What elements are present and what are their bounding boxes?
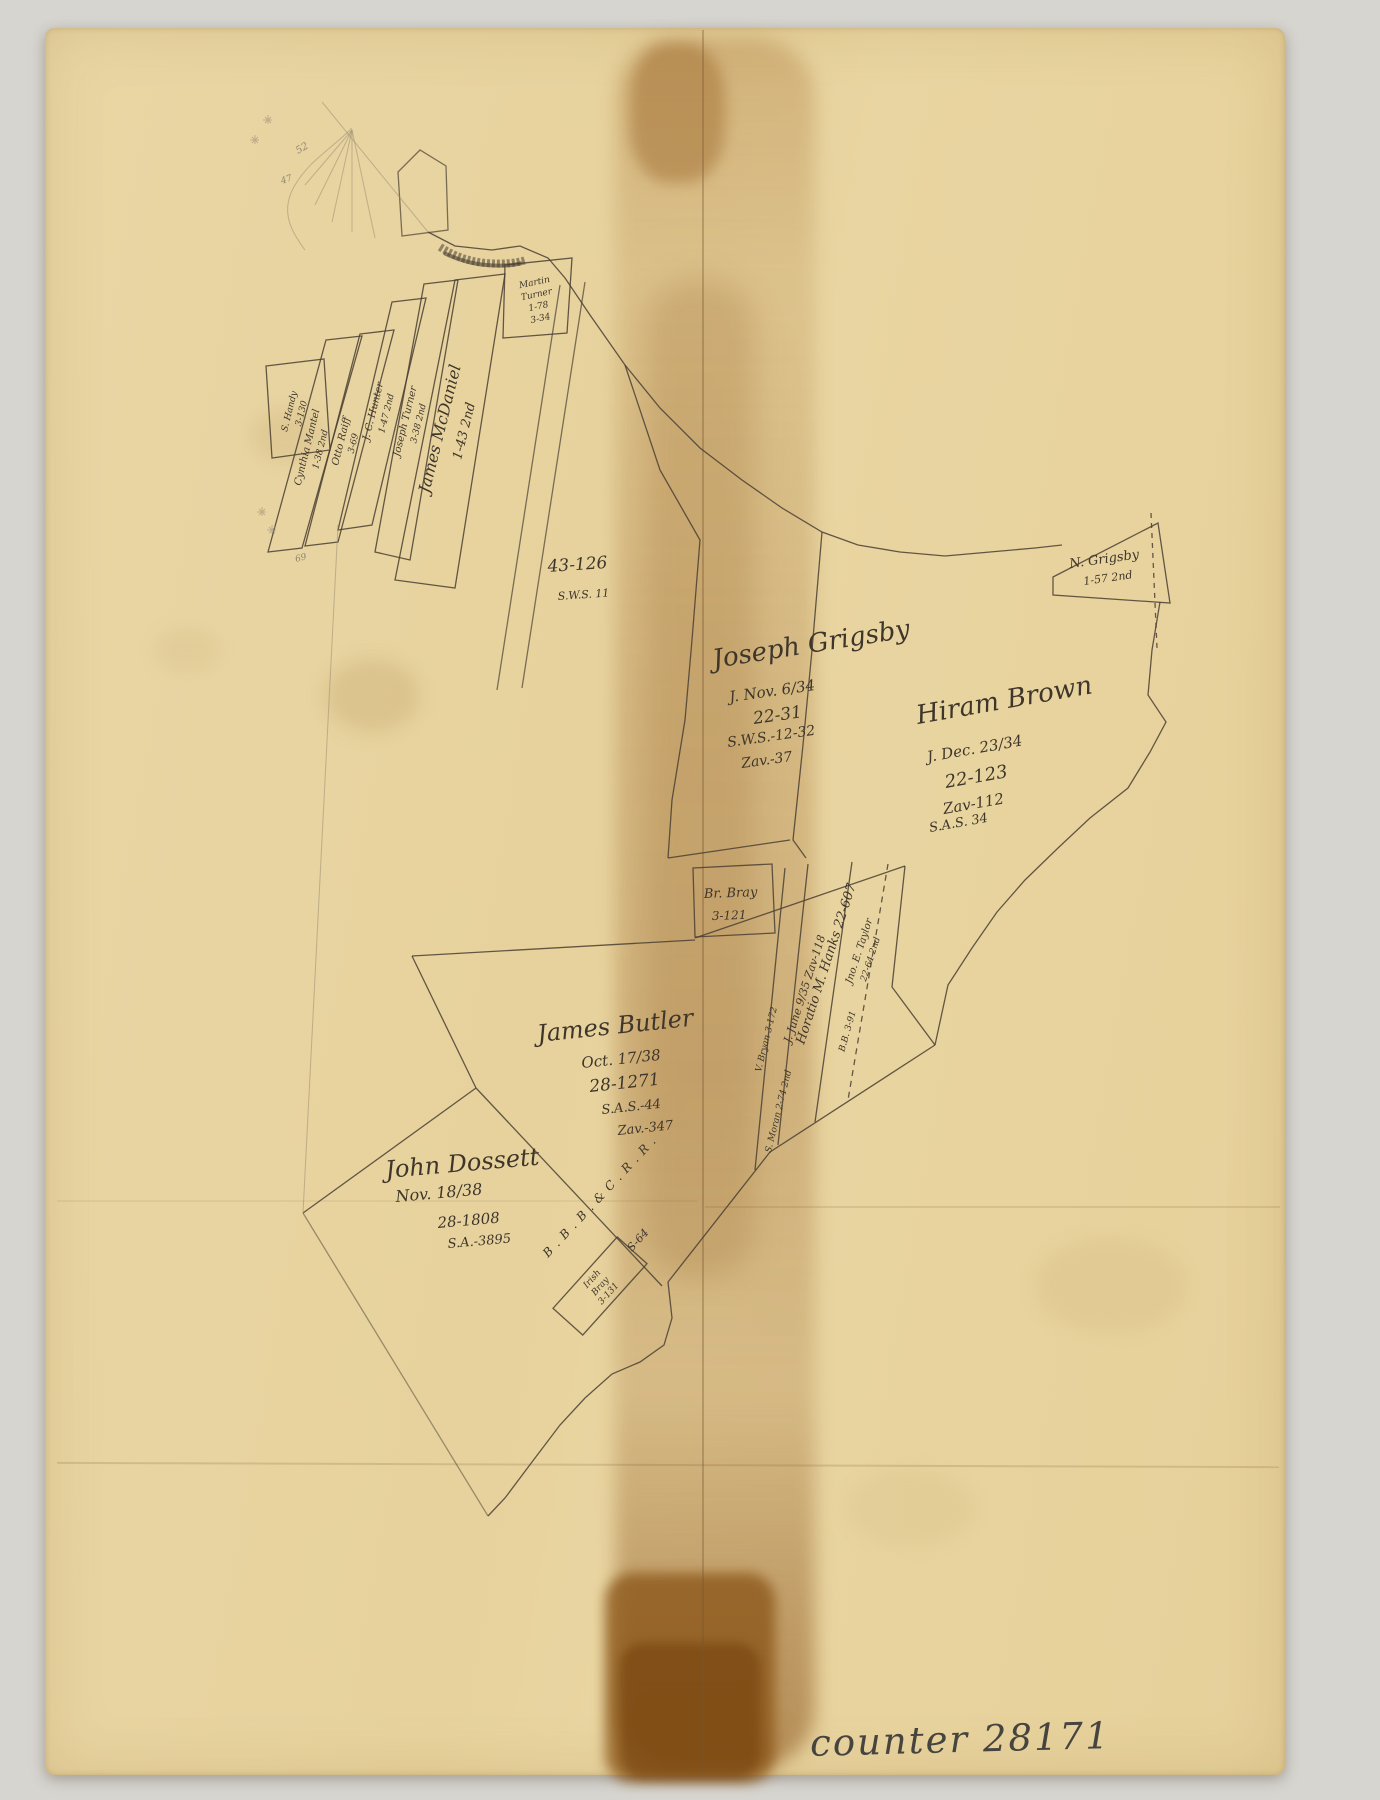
hiram-brown-line: 22-123 (942, 761, 1009, 793)
strip-fan-top-edge (695, 866, 905, 938)
martin-turner-label: 3-34 (530, 312, 552, 326)
raiff-label: 3-69 (347, 432, 362, 454)
joseph-grigsby-line: Zav.-37 (739, 749, 793, 772)
butler-north-edge (412, 940, 695, 956)
counter-number: counter 28171 (809, 1714, 1111, 1765)
mcdaniel-label: 1-43 2nd (450, 401, 479, 461)
joseph-grigsby-labels: Joseph Grigsby J. Nov. 6/34 22-31 S.W.S.… (705, 614, 912, 772)
tract43-label: 43-126 (546, 553, 608, 577)
grigsby-south-edge (668, 840, 790, 858)
br-bray-label: 3-121 (712, 908, 747, 923)
pencil-star-mark (250, 135, 259, 144)
pencil-star-mark (257, 507, 266, 516)
mcdaniel-extension-line (497, 285, 560, 690)
irish-bray-labels: Irish Bray 3-131 (580, 1266, 621, 1307)
butler-west-edge (412, 956, 476, 1088)
pencil-lines (250, 102, 428, 1213)
survey-drawing: S. Handy 3-130 Cynthia Mantel 1-38 2nd O… (45, 28, 1285, 1775)
pencil-west-line (303, 525, 338, 1213)
hiram-brown-labels: Hiram Brown J. Dec. 23/34 22-123 Zav-112… (913, 670, 1095, 836)
n-grigsby-dashed-edge (1151, 513, 1157, 648)
john-dossett-line: 28-1808 (436, 1209, 501, 1232)
joseph-grigsby-line: J. Nov. 6/34 (725, 676, 816, 706)
house-sketch (398, 150, 448, 236)
john-dossett-line: S.A.-3895 (447, 1232, 512, 1252)
s64-label: S-64 (625, 1226, 652, 1254)
pencil-star-mark (263, 115, 272, 124)
strip-labels: S. Handy 3-130 Cynthia Mantel 1-38 2nd O… (280, 275, 554, 498)
james-butler-line: 28-1271 (587, 1070, 660, 1097)
john-dossett-labels: John Dossett Nov. 18/38 28-1808 S.A.-389… (379, 1143, 541, 1252)
james-butler-line: Oct. 17/38 (581, 1046, 662, 1072)
hiram-brown-line: J. Dec. 23/34 (923, 731, 1024, 766)
james-butler-line: S.A.S.-44 (601, 1097, 662, 1118)
james-butler-labels: James Butler Oct. 17/38 28-1271 S.A.S.-4… (531, 1004, 696, 1140)
john-dossett-line: Nov. 18/38 (394, 1179, 483, 1206)
james-butler-name: James Butler (531, 1004, 696, 1049)
bb91-label: B.B. 3-91 (837, 1010, 858, 1054)
joseph-grigsby-name: Joseph Grigsby (705, 614, 912, 676)
james-butler-line: Zav.-347 (616, 1118, 675, 1139)
hiram-brown-name: Hiram Brown (913, 670, 1095, 731)
grigsby-west-edge (625, 365, 700, 858)
pencil-fan-line (322, 102, 428, 232)
dossett-northeast-edge (476, 1088, 662, 1286)
moran-label: S. Moran 2-74 2nd (764, 1069, 794, 1154)
n-grigsby-label: 1-57 2nd (1083, 568, 1134, 588)
pencil-mark: 69 (294, 552, 308, 565)
mcdaniel-extension-line (522, 282, 585, 688)
fan-strip-line (892, 866, 935, 1045)
map-sheet-paper: S. Handy 3-130 Cynthia Mantel 1-38 2nd O… (45, 28, 1285, 1775)
br-bray-label: Br. Bray (703, 885, 759, 902)
john-dossett-name: John Dossett (379, 1143, 541, 1185)
v-bryan-label: V. Bryan 3-172 (754, 1006, 780, 1073)
pencil-fan-line (352, 130, 375, 238)
tract43-label: S.W.S. 11 (557, 586, 609, 603)
pencil-mark: 52 (294, 141, 311, 157)
southwest-boundary (303, 1213, 488, 1516)
fan-strip-labels: V. Bryan 3-172 Horatio M. Hanks 22-607 J… (754, 881, 883, 1154)
south-boundary (488, 1282, 672, 1516)
survey-lines (266, 150, 1170, 1516)
pencil-mark: 47 (279, 173, 294, 187)
southeast-boundary (668, 1045, 935, 1282)
